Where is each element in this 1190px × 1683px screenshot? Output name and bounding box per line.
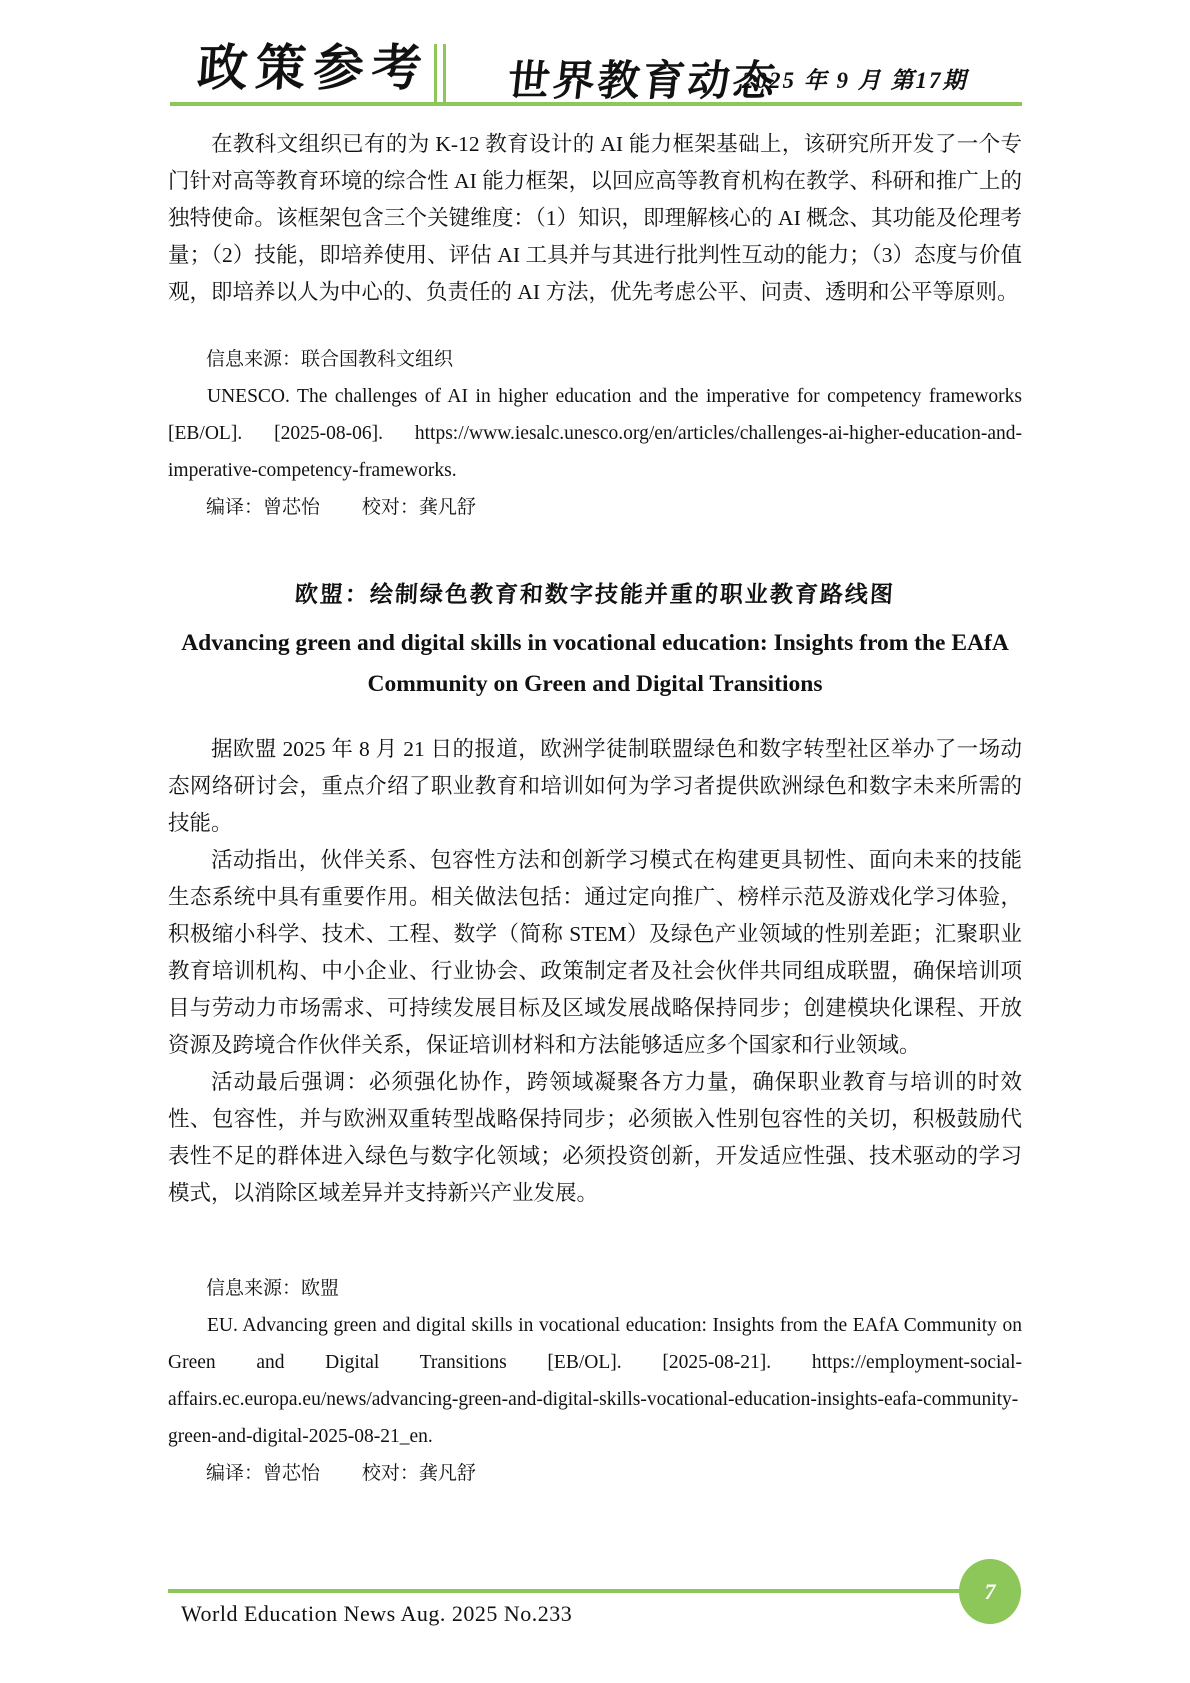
page-number: 7: [985, 1579, 996, 1605]
source-line: 信息来源：联合国教科文组织: [168, 341, 1022, 378]
source-line: 信息来源：欧盟: [168, 1270, 1022, 1307]
header-divider-bar: [434, 44, 437, 106]
footer-rule: [168, 1589, 963, 1593]
credits-line: 编译：曾芯怡校对：龚凡舒: [168, 489, 1022, 526]
unesco-article-paragraph: 在教科文组织已有的为 K-12 教育设计的 AI 能力框架基础上，该研究所开发了…: [168, 126, 1022, 311]
translator-credit: 编译：曾芯怡: [206, 497, 320, 518]
publication-title: 世界教育动态: [505, 48, 781, 108]
eu-article-paragraph: 据欧盟 2025 年 8 月 21 日的报道，欧洲学徒制联盟绿色和数字转型社区举…: [168, 731, 1022, 842]
header-rule: [170, 102, 1022, 106]
header-divider-bar: [443, 44, 446, 106]
proofreader-credit: 校对：龚凡舒: [362, 1463, 476, 1484]
page-number-badge: 7: [959, 1559, 1021, 1624]
eu-article-body: 据欧盟 2025 年 8 月 21 日的报道，欧洲学徒制联盟绿色和数字转型社区举…: [168, 731, 1022, 1212]
newsletter-brand-title: 政策参考: [195, 28, 432, 100]
citation-reference: UNESCO. The challenges of AI in higher e…: [168, 378, 1022, 489]
citation-reference: EU. Advancing green and digital skills i…: [168, 1307, 1022, 1455]
page-content: 在教科文组织已有的为 K-12 教育设计的 AI 能力框架基础上，该研究所开发了…: [168, 126, 1022, 1492]
article-title-chinese: 欧盟：绘制绿色教育和数字技能并重的职业教育路线图: [167, 576, 1023, 609]
eu-article-paragraph: 活动最后强调：必须强化协作，跨领域凝聚各方力量，确保职业教育与培训的时效性、包容…: [168, 1064, 1022, 1212]
article-title-english: Advancing green and digital skills in vo…: [168, 623, 1022, 705]
credits-line: 编译：曾芯怡校对：龚凡舒: [168, 1455, 1022, 1492]
eu-article-meta: 信息来源：欧盟 EU. Advancing green and digital …: [168, 1270, 1022, 1492]
proofreader-credit: 校对：龚凡舒: [362, 497, 476, 518]
issue-date-label: 2025 年 9 月 第17期: [742, 62, 968, 95]
eu-article-paragraph: 活动指出，伙伴关系、包容性方法和创新学习模式在构建更具韧性、面向未来的技能生态系…: [168, 842, 1022, 1064]
unesco-article-meta: 信息来源：联合国教科文组织 UNESCO. The challenges of …: [168, 341, 1022, 526]
translator-credit: 编译：曾芯怡: [206, 1463, 320, 1484]
footer-publication-line: World Education News Aug. 2025 No.233: [181, 1601, 572, 1627]
eu-article-header: 欧盟：绘制绿色教育和数字技能并重的职业教育路线图 Advancing green…: [168, 576, 1022, 705]
